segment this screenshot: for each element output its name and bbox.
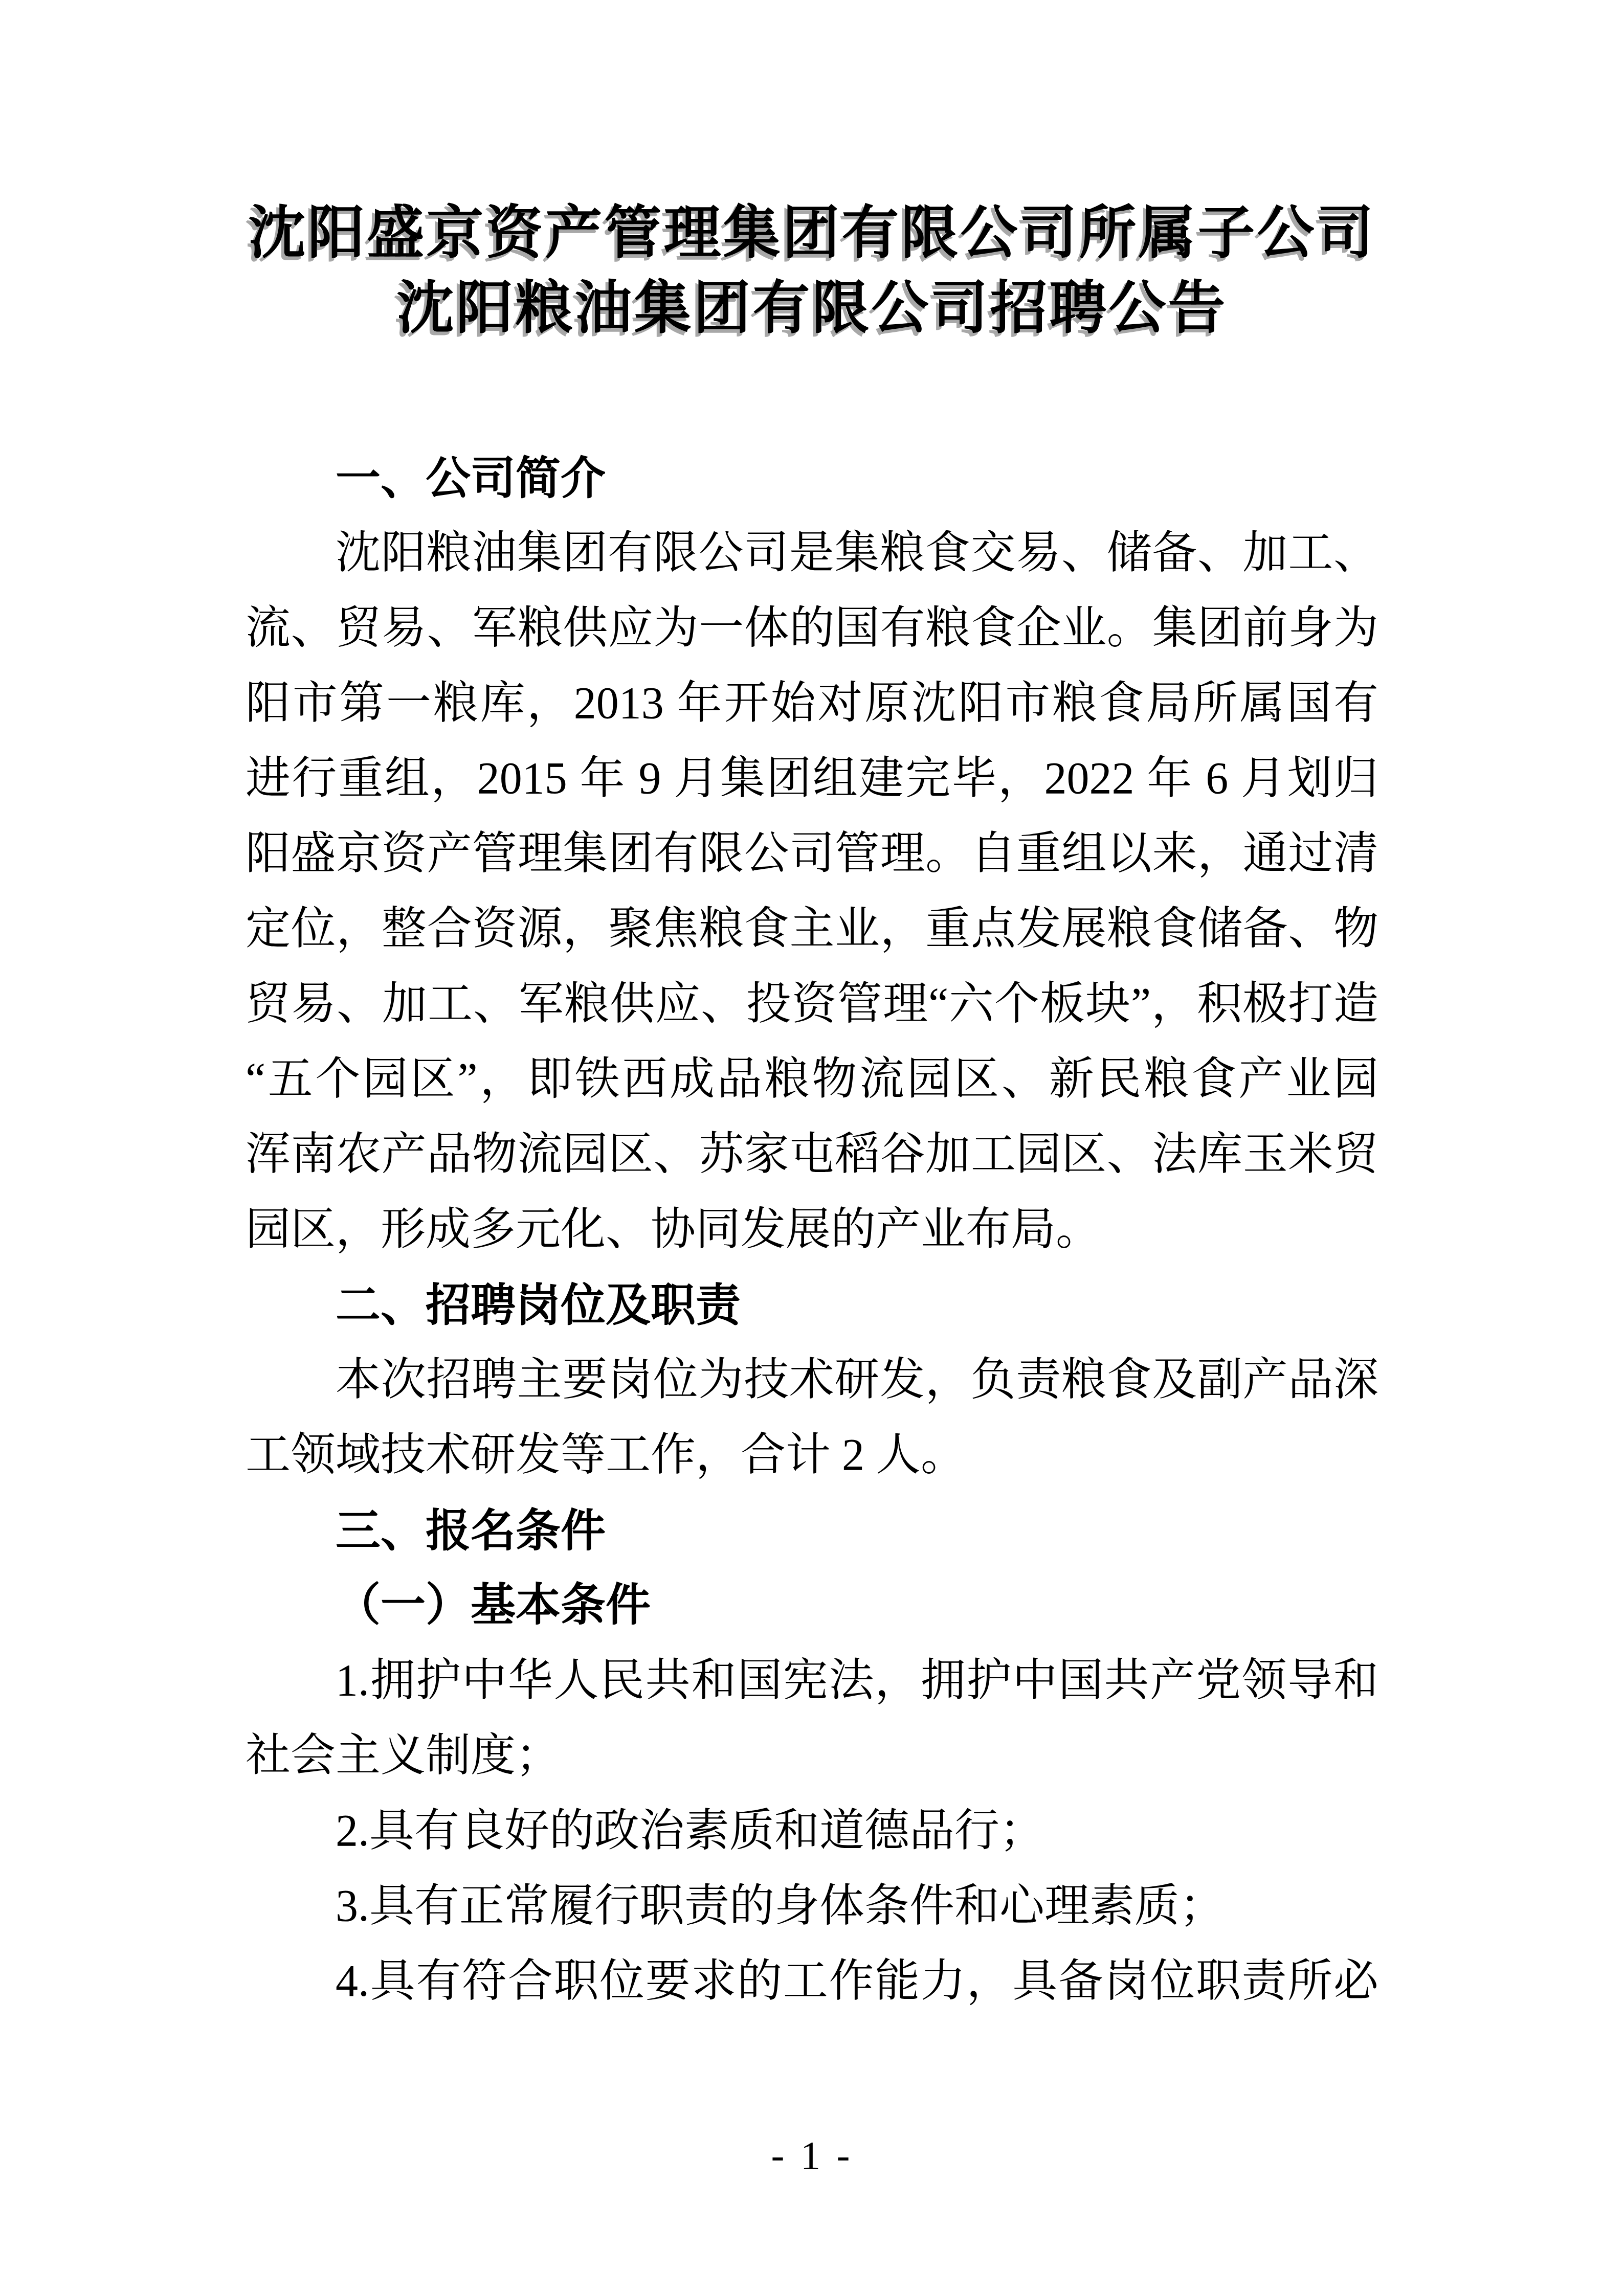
text-line: 进行重组，2015 年 9 月集团组建完毕，2022 年 6 月划归沈 — [246, 741, 1378, 816]
text-line: 1.拥护中华人民共和国宪法，拥护中国共产党领导和 — [246, 1643, 1378, 1718]
document-page: 沈阳盛京资产管理集团有限公司所属子公司 沈阳粮油集团有限公司招聘公告 一、公司简… — [0, 0, 1624, 2296]
text-line: 三、报名条件 — [246, 1493, 1378, 1568]
text-line: 沈阳粮油集团有限公司是集粮食交易、储备、加工、物 — [246, 515, 1378, 591]
text-line: 4.具有符合职位要求的工作能力，具备岗位职责所必 — [246, 1944, 1378, 2019]
text-line: 2.具有良好的政治素质和道德品行； — [246, 1793, 1378, 1869]
text-line: 工领域技术研发等工作，合计 2 人。 — [246, 1417, 1378, 1493]
text-line: 二、招聘岗位及职责 — [246, 1267, 1378, 1342]
document-title-line-2: 沈阳粮油集团有限公司招聘公告 — [246, 272, 1378, 347]
text-line: 定位，整合资源，聚焦粮食主业，重点发展粮食储备、物流、 — [246, 891, 1378, 966]
document-body: 一、公司简介沈阳粮油集团有限公司是集粮食交易、储备、加工、物流、贸易、军粮供应为… — [246, 440, 1378, 2019]
page-footer: - 1 - — [0, 2133, 1624, 2177]
text-line: 贸易、加工、军粮供应、投资管理“六个板块”，积极打造 — [246, 966, 1378, 1042]
text-line: 园区，形成多元化、协同发展的产业布局。 — [246, 1192, 1378, 1267]
text-line: “五个园区”，即铁西成品粮物流园区、新民粮食产业园区、 — [246, 1042, 1378, 1117]
document-title: 沈阳盛京资产管理集团有限公司所属子公司 沈阳粮油集团有限公司招聘公告 — [246, 196, 1378, 347]
text-line: 阳盛京资产管理集团有限公司管理。自重组以来，通过清晰 — [246, 816, 1378, 891]
text-line: 一、公司简介 — [246, 440, 1378, 515]
text-line: （一）基本条件 — [246, 1568, 1378, 1643]
document-title-line-1: 沈阳盛京资产管理集团有限公司所属子公司 — [246, 196, 1378, 272]
text-line: 浑南农产品物流园区、苏家屯稻谷加工园区、法库玉米贸易 — [246, 1117, 1378, 1192]
text-line: 流、贸易、军粮供应为一体的国有粮食企业。集团前身为沈 — [246, 591, 1378, 666]
text-line: 本次招聘主要岗位为技术研发，负责粮食及副产品深加 — [246, 1342, 1378, 1417]
text-line: 阳市第一粮库，2013 年开始对原沈阳市粮食局所属国有企业 — [246, 666, 1378, 741]
text-line: 社会主义制度； — [246, 1718, 1378, 1793]
page-number: - 1 - — [771, 2133, 853, 2177]
text-line: 3.具有正常履行职责的身体条件和心理素质； — [246, 1869, 1378, 1944]
